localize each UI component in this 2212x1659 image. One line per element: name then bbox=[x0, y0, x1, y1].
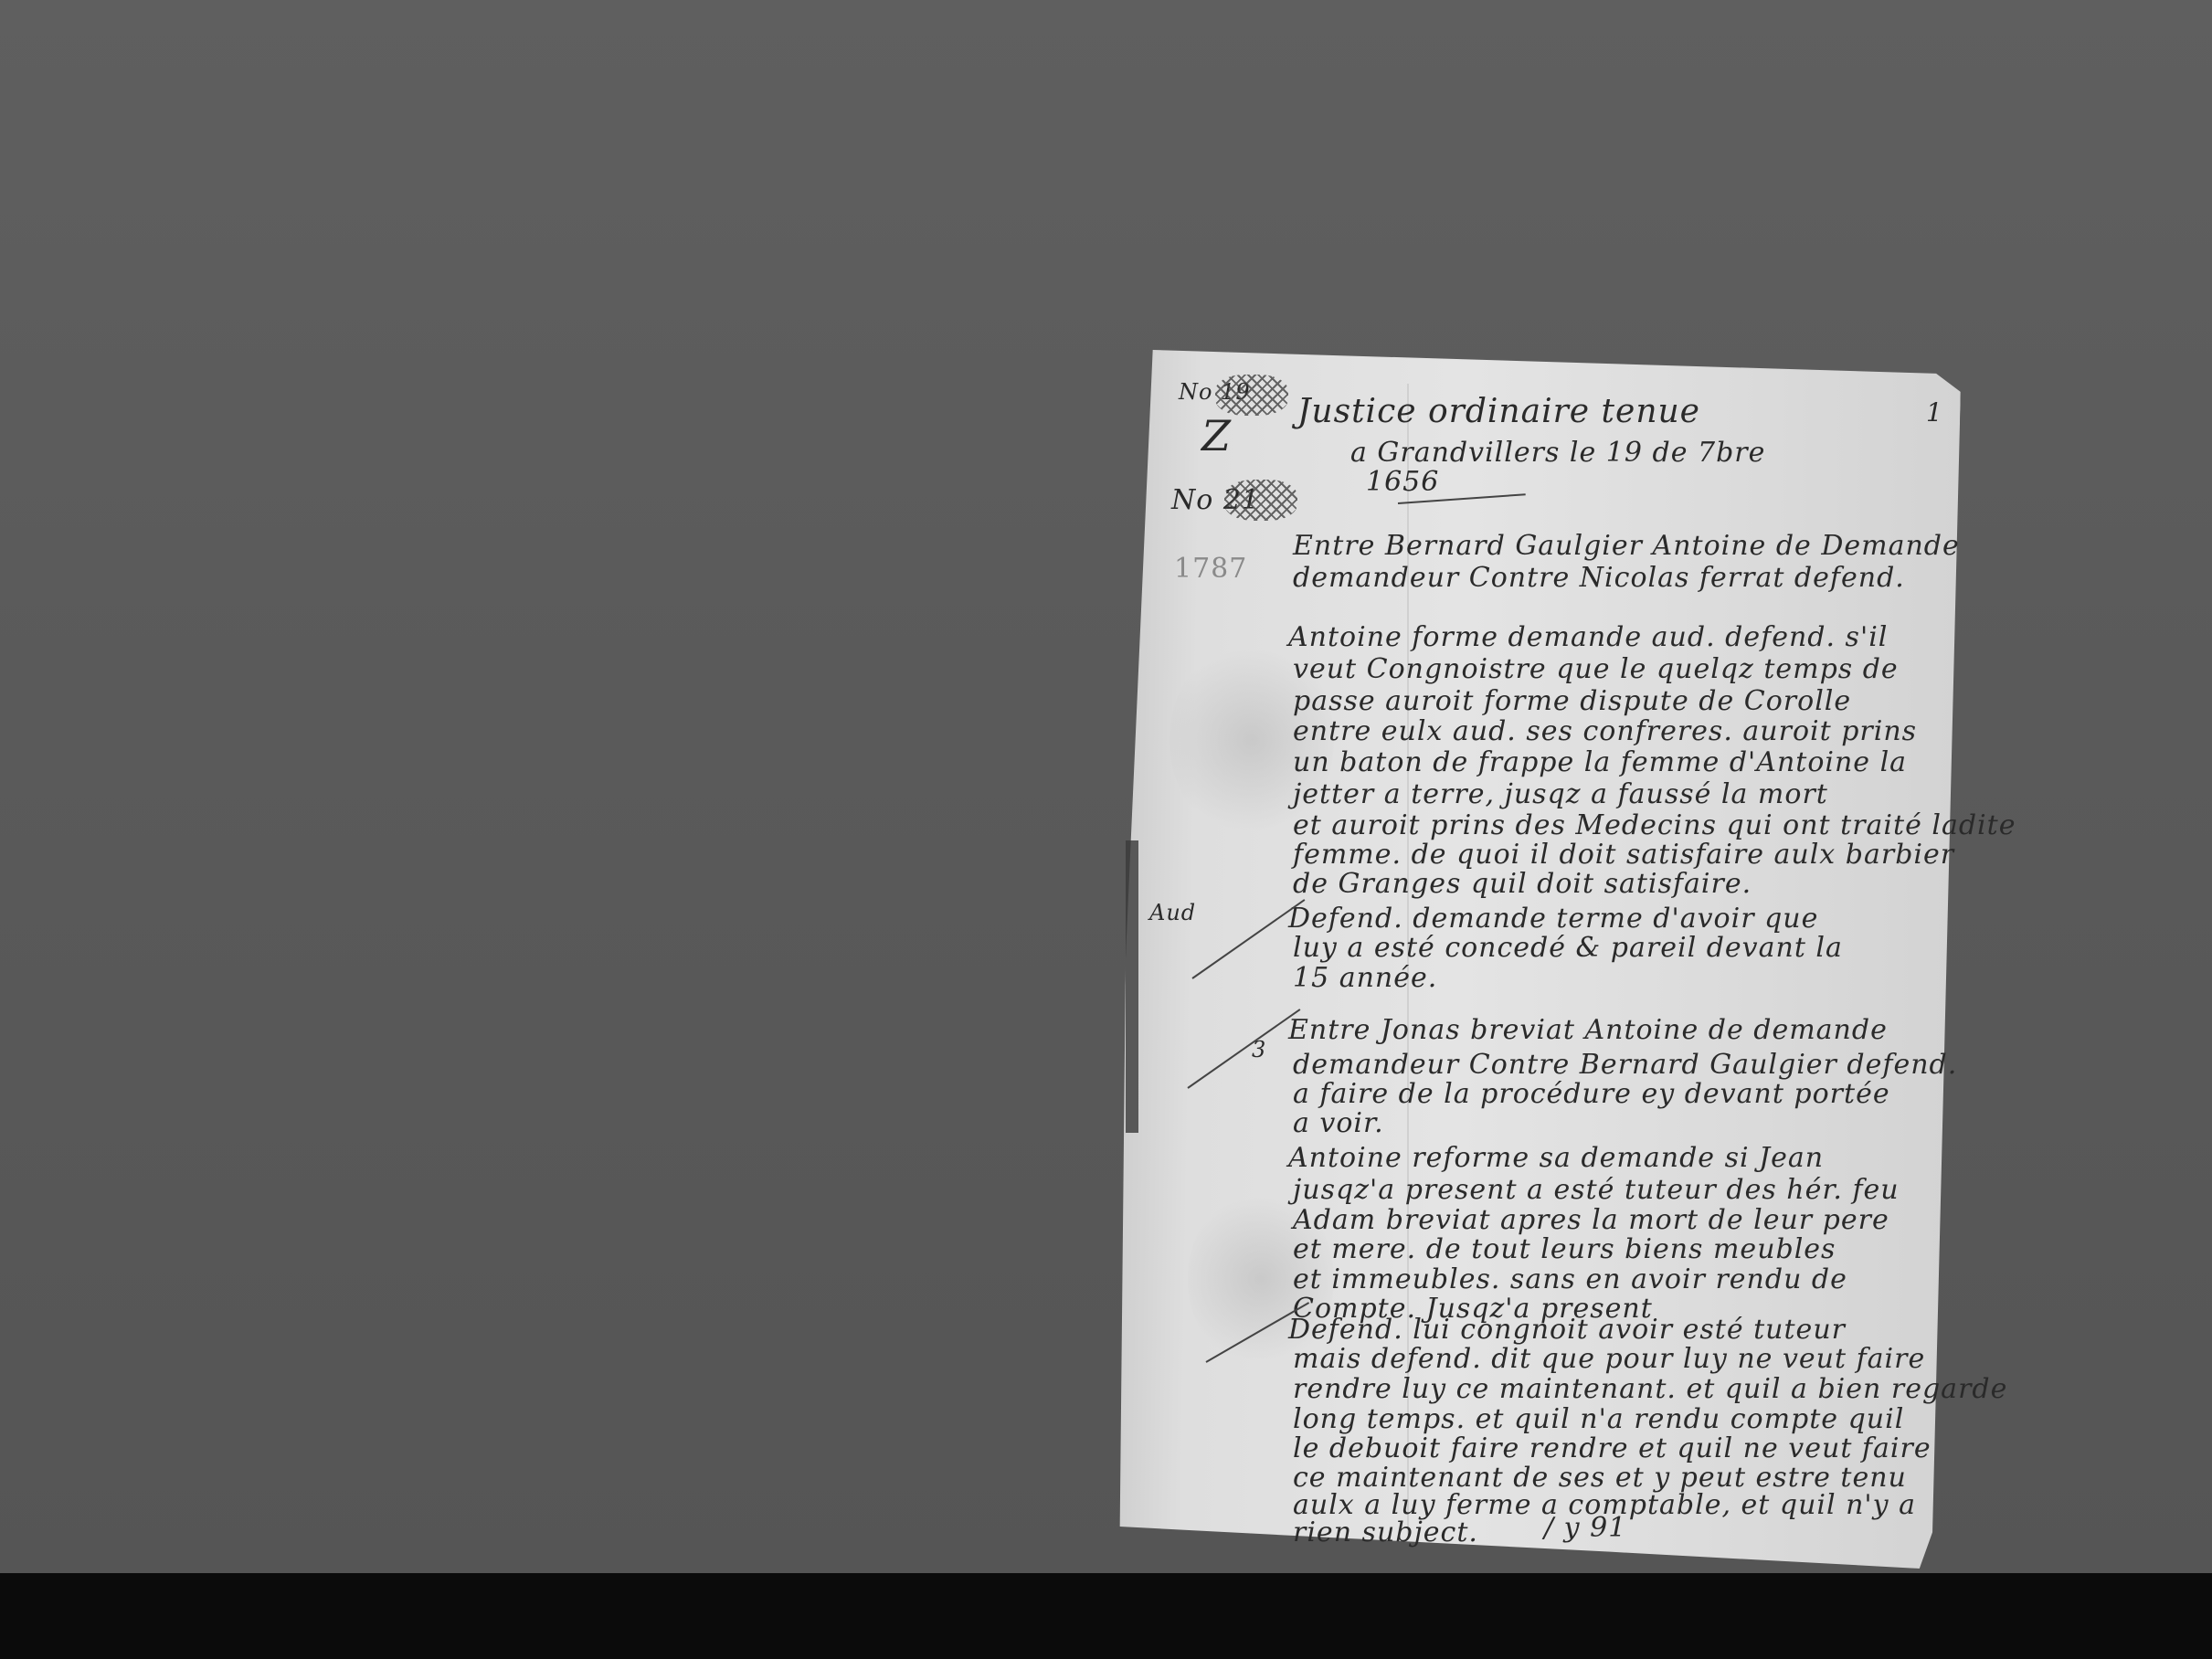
entry-1-line: demandeur Contre Nicolas ferrat defend. bbox=[1293, 562, 1905, 594]
pencil-number: 1787 bbox=[1174, 553, 1247, 585]
entry-3-line: luy a esté concedé & pareil devant la bbox=[1293, 932, 1843, 964]
entry-2-line: un baton de frappe la femme d'Antoine la bbox=[1293, 746, 1907, 778]
entry-5-line: Adam breviat apres la mort de leur pere bbox=[1293, 1204, 1889, 1236]
entry-5-line: jusqz'a present a esté tuteur des hér. f… bbox=[1293, 1174, 1900, 1206]
entry-5-line: Antoine reforme sa demande si Jean bbox=[1288, 1142, 1824, 1174]
entry-2-line: entre eulx aud. ses confreres. auroit pr… bbox=[1293, 715, 1917, 747]
entry-6-line: rendre luy ce maintenant. et quil a bien… bbox=[1293, 1373, 2007, 1405]
crossed-out-hatch bbox=[1224, 480, 1297, 521]
entry-2-line: passe auroit forme dispute de Corolle bbox=[1293, 685, 1851, 717]
page-binding-shadow bbox=[1126, 840, 1138, 1133]
entry-3-line: Defend. demande terme d'avoir que bbox=[1288, 903, 1818, 935]
entry-6-line: mais defend. dit que pour luy ne veut fa… bbox=[1293, 1343, 1925, 1375]
entry-6-line: Defend. lui congnoit avoir esté tuteur bbox=[1288, 1314, 1846, 1346]
entry-3-line: 15 année. bbox=[1293, 962, 1437, 994]
crossed-out-hatch bbox=[1215, 375, 1288, 416]
corner-page-mark: 1 bbox=[1926, 397, 1943, 428]
margin-side-note: Aud bbox=[1149, 900, 1196, 925]
black-bottom-strip bbox=[0, 1573, 2212, 1659]
entry-2-line: Antoine forme demande aud. defend. s'il bbox=[1288, 621, 1888, 653]
entry-2-line: de Granges quil doit satisfaire. bbox=[1293, 868, 1752, 900]
entry-5-line: et mere. de tout leurs biens meubles bbox=[1293, 1233, 1836, 1265]
entry-4-line: Entre Jonas breviat Antoine de demande bbox=[1288, 1014, 1888, 1046]
entry-6-line: rien subject. bbox=[1293, 1516, 1478, 1548]
header-line-2: a Grandvillers le 19 de 7bre bbox=[1350, 437, 1765, 469]
entry-1-line: Entre Bernard Gaulgier Antoine de Demand… bbox=[1293, 530, 1960, 562]
entry-2-line: jetter a terre, jusqz a faussé la mort bbox=[1293, 778, 1828, 810]
entry-6-line: long temps. et quil n'a rendu compte qui… bbox=[1293, 1403, 1904, 1435]
entry-2-line: veut Congnoistre que le quelqz temps de bbox=[1293, 653, 1899, 685]
entry-2-line: femme. de quoi il doit satisfaire aulx b… bbox=[1293, 839, 1954, 871]
entry-5-line: et immeubles. sans en avoir rendu de bbox=[1293, 1263, 1847, 1295]
header-year: 1656 bbox=[1366, 466, 1439, 498]
entry-4-line: demandeur Contre Bernard Gaulgier defend… bbox=[1293, 1049, 1957, 1081]
entry-4-line: a voir. bbox=[1293, 1107, 1384, 1139]
footer-marks: / y 91 bbox=[1544, 1512, 1626, 1544]
header-line-1: Justice ordinaire tenue bbox=[1297, 393, 1700, 430]
entry-6-line: le debuoit faire rendre et quil ne veut … bbox=[1293, 1432, 1932, 1464]
margin-mark-z: Z bbox=[1201, 411, 1232, 460]
entry-4-line: a faire de la procédure ey devant portée bbox=[1293, 1078, 1890, 1110]
entry-2-line: et auroit prins des Medecins qui ont tra… bbox=[1293, 809, 2016, 841]
